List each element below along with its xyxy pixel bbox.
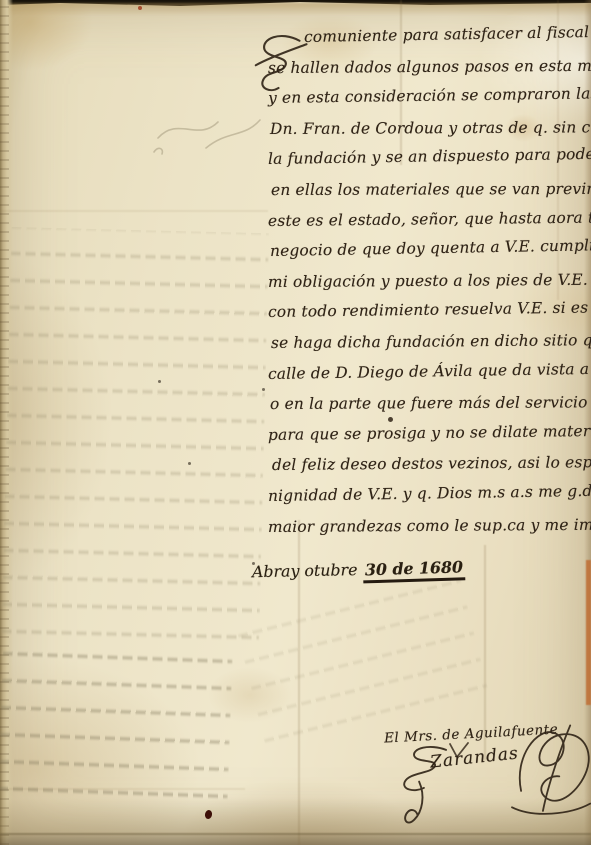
right-rust-strip bbox=[586, 560, 591, 705]
manuscript-line: y en esta consideración se compraron las… bbox=[268, 78, 591, 113]
fold-crease bbox=[0, 833, 591, 835]
caret-mark bbox=[448, 742, 470, 760]
manuscript-line: negocio de que doy quenta a V.E. cumplie… bbox=[270, 230, 591, 266]
paper-speck bbox=[252, 562, 255, 565]
manuscript-line: o en la parte que fuere más del servicio… bbox=[270, 387, 591, 419]
manuscript-scan: comuniente para satisfacer al fiscal el … bbox=[0, 0, 591, 845]
paper-speck bbox=[188, 462, 191, 465]
manuscript-line: calle de D. Diego de Ávila que da vista … bbox=[268, 353, 591, 389]
manuscript-line: maior grandezas como le sup.ca y me impo… bbox=[268, 509, 591, 542]
manuscript-line: para que se prosiga y no se dilate mater… bbox=[268, 416, 591, 451]
dateline-place-month: Abray otubre bbox=[252, 560, 363, 581]
fold-crease bbox=[0, 788, 245, 790]
manuscript-line: la fundación y se an dispuesto para pode… bbox=[268, 139, 591, 175]
fold-crease bbox=[0, 210, 268, 212]
manuscript-line: en ellas los materiales que se van previ… bbox=[271, 174, 591, 206]
top-stain-band bbox=[0, 3, 591, 16]
manuscript-line: nignidad de V.E. y q. Dios m.s a.s me g.… bbox=[268, 476, 591, 512]
manuscript-text-block: comuniente para satisfacer al fiscal el … bbox=[268, 22, 591, 542]
paper-speck bbox=[262, 388, 265, 391]
signature-rubric bbox=[506, 720, 591, 820]
bottom-shadow-band bbox=[0, 798, 591, 845]
manuscript-line: con todo rendimiento resuelva V.E. si es… bbox=[268, 293, 591, 328]
manuscript-line: comuniente para satisfacer al fiscal el … bbox=[304, 17, 591, 53]
dateline: Abray otubre 30 de 1680 bbox=[252, 558, 465, 585]
paper-speck bbox=[158, 380, 161, 383]
left-edge-texture bbox=[0, 0, 9, 845]
manuscript-line: se haga dicha fundación en dicho sitio q… bbox=[271, 325, 591, 359]
ink-blot bbox=[138, 6, 142, 10]
pencil-scribble bbox=[148, 96, 270, 158]
ink-blot bbox=[388, 417, 393, 422]
dateline-underlined-date: 30 de 1680 bbox=[362, 557, 465, 583]
